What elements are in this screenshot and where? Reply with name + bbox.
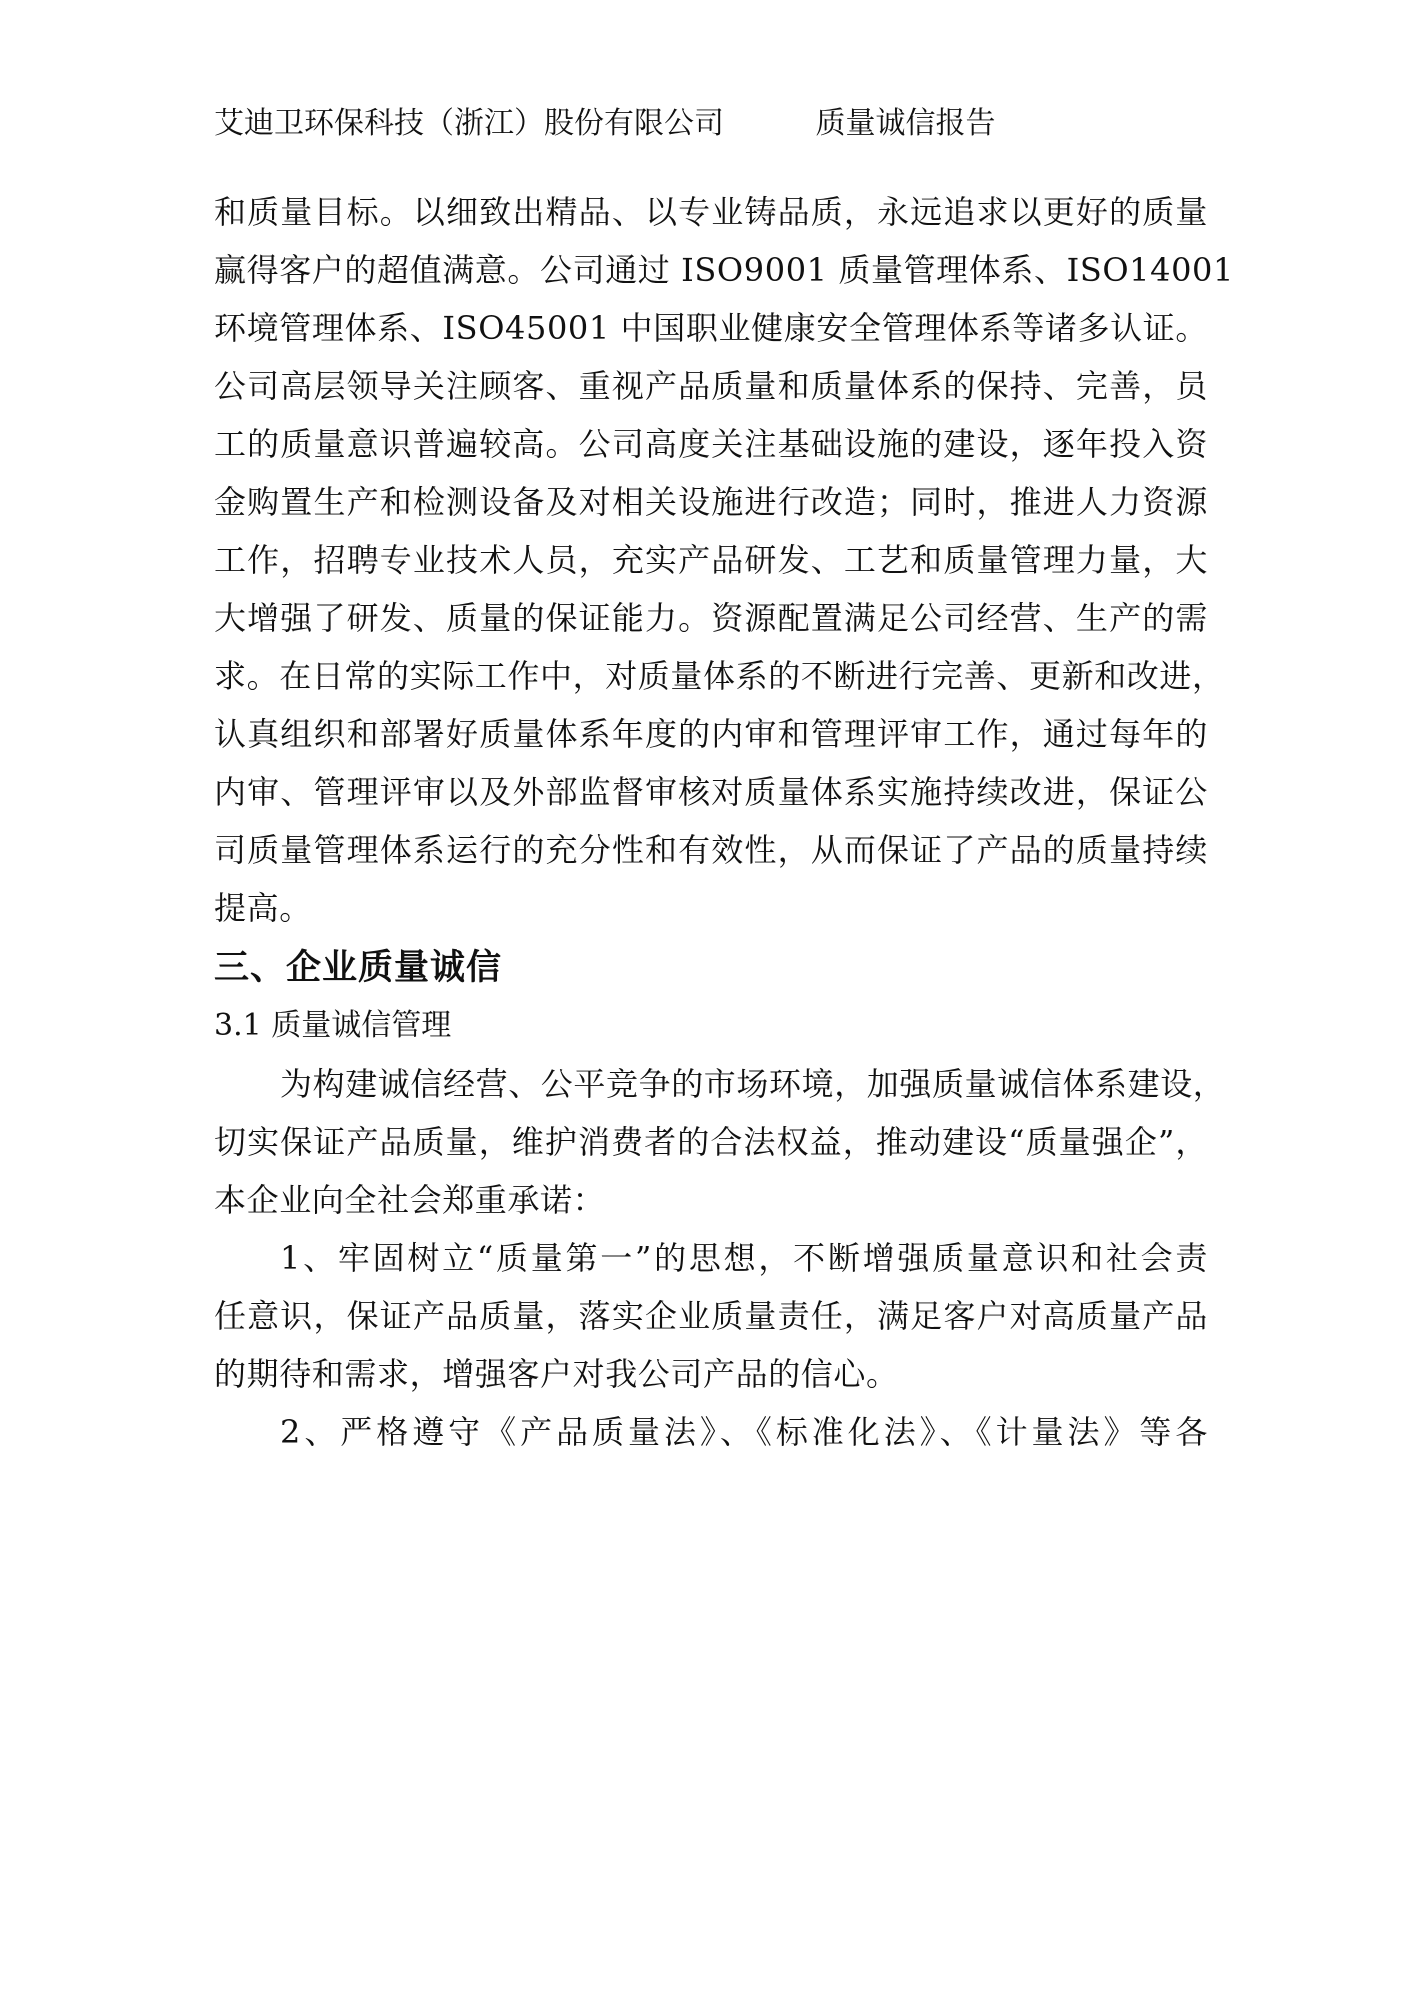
paragraph-line: 切实保证产品质量，维护消费者的合法权益，推动建设“质量强企”， [214, 1120, 1208, 1164]
paragraph-line: 求。在日常的实际工作中，对质量体系的不断进行完善、更新和改进， [214, 654, 1208, 698]
page-header: 艾迪卫环保科技（浙江）股份有限公司 质量诚信报告 [214, 102, 1208, 146]
paragraph-line: 1、牢固树立“质量第一”的思想，不断增强质量意识和社会责 [214, 1236, 1208, 1280]
paragraph-line: 环境管理体系、ISO45001 中国职业健康安全管理体系等诸多认证。 [214, 306, 1208, 350]
paragraph-line: 提高。 [214, 886, 1208, 930]
paragraph-line: 和质量目标。以细致出精品、以专业铸品质，永远追求以更好的质量 [214, 190, 1208, 234]
paragraph-line: 的期待和需求，增强客户对我公司产品的信心。 [214, 1352, 1208, 1396]
paragraph-line: 内审、管理评审以及外部监督审核对质量体系实施持续改进，保证公 [214, 770, 1208, 814]
paragraph-line: 金购置生产和检测设备及对相关设施进行改造；同时，推进人力资源 [214, 480, 1208, 524]
paragraph-line: 赢得客户的超值满意。公司通过 ISO9001 质量管理体系、ISO14001 [214, 248, 1208, 292]
paragraph-line: 大增强了研发、质量的保证能力。资源配置满足公司经营、生产的需 [214, 596, 1208, 640]
paragraph-line: 任意识，保证产品质量，落实企业质量责任，满足客户对高质量产品 [214, 1294, 1208, 1338]
section-heading: 三、企业质量诚信 [214, 944, 502, 992]
paragraph-line: 认真组织和部署好质量体系年度的内审和管理评审工作，通过每年的 [214, 712, 1208, 756]
paragraph-line: 工作，招聘专业技术人员，充实产品研发、工艺和质量管理力量，大 [214, 538, 1208, 582]
company-name: 艾迪卫环保科技（浙江）股份有限公司 [214, 102, 724, 146]
paragraph-line: 公司高层领导关注顾客、重视产品质量和质量体系的保持、完善，员 [214, 364, 1208, 408]
subsection-heading: 3.1 质量诚信管理 [214, 1004, 451, 1048]
paragraph-line: 2、严格遵守《产品质量法》、《标准化法》、《计量法》等各 [214, 1410, 1208, 1454]
report-title: 质量诚信报告 [816, 102, 996, 146]
paragraph-line: 司质量管理体系运行的充分性和有效性，从而保证了产品的质量持续 [214, 828, 1208, 872]
paragraph-line: 工的质量意识普遍较高。公司高度关注基础设施的建设，逐年投入资 [214, 422, 1208, 466]
paragraph-line: 本企业向全社会郑重承诺： [214, 1178, 1208, 1222]
paragraph-line: 为构建诚信经营、公平竞争的市场环境，加强质量诚信体系建设， [214, 1062, 1208, 1106]
